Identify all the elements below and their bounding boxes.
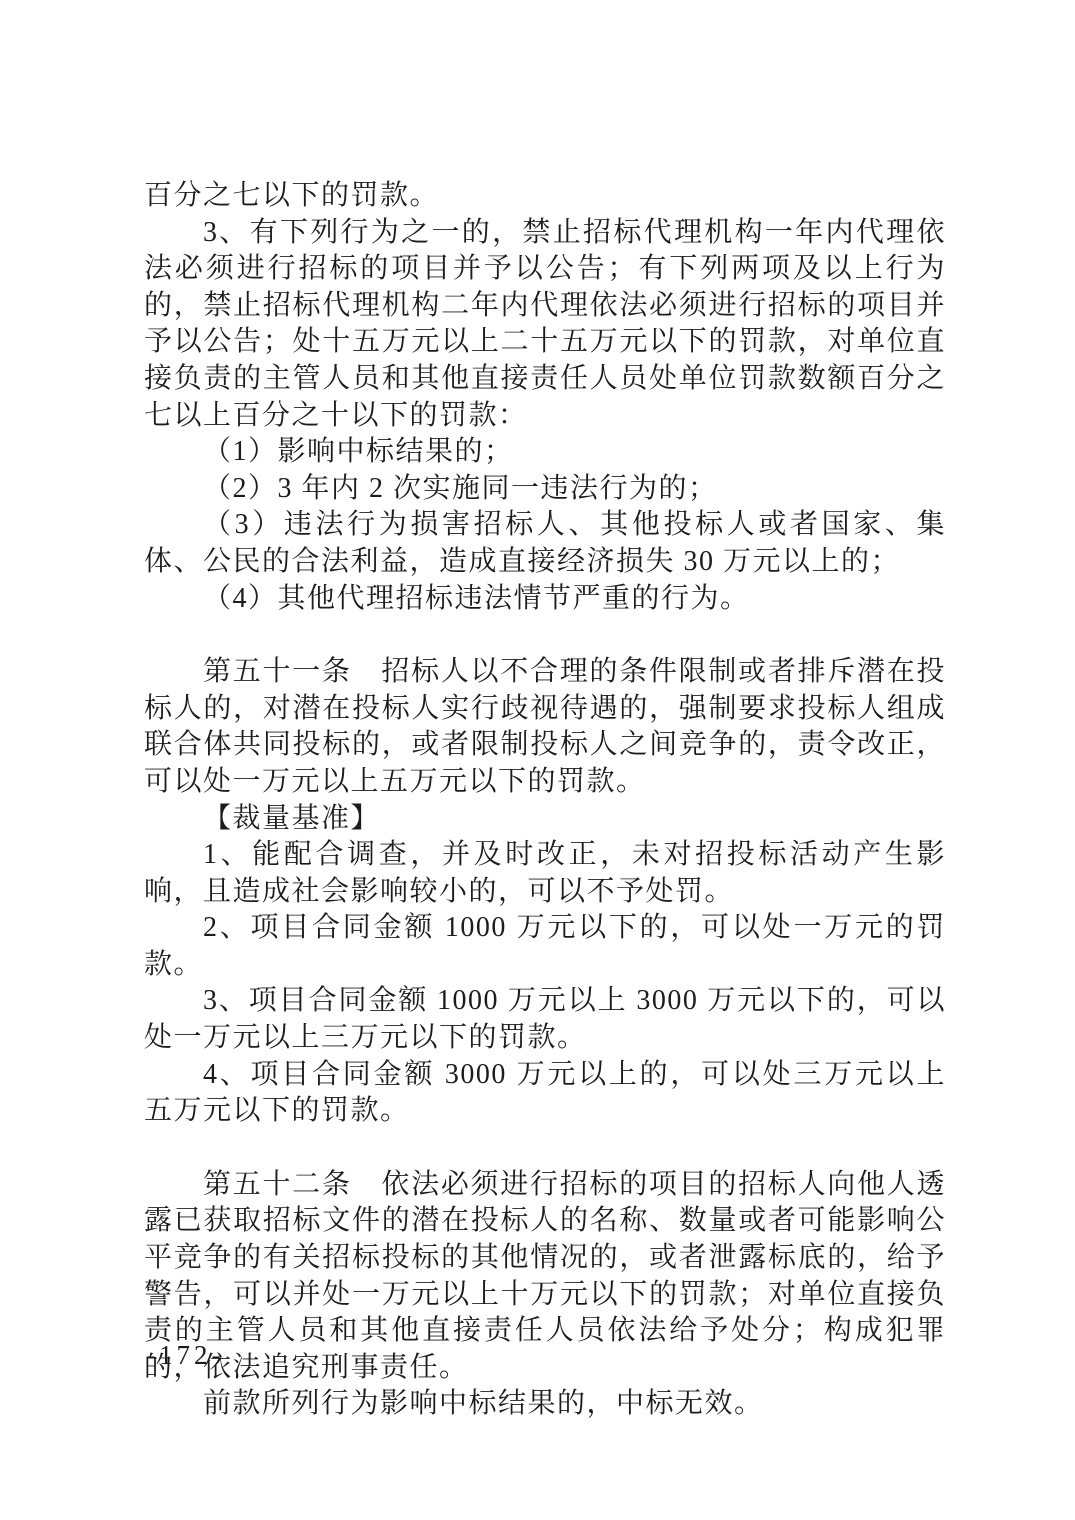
paragraph-subitem-3: （3）违法行为损害招标人、其他投标人或者国家、集体、公民的合法利益，造成直接经济… [144, 507, 946, 580]
document-page: 百分之七以下的罚款。 3、有下列行为之一的，禁止招标代理机构一年内代理依法必须进… [0, 0, 1075, 1520]
paragraph-article-51: 第五十一条 招标人以不合理的条件限制或者排斥潜在投标人的，对潜在投标人实行歧视待… [144, 654, 946, 800]
paragraph-subitem-1: （1）影响中标结果的； [144, 434, 946, 471]
paragraph-article-52-clause-2: 前款所列行为影响中标结果的，中标无效。 [144, 1386, 946, 1423]
paragraph-discretion-heading: 【裁量基准】 [144, 801, 946, 838]
paragraph-item-4: 4、项目合同金额 3000 万元以上的，可以处三万元以上五万元以下的罚款。 [144, 1057, 946, 1130]
page-number: -172- [146, 1340, 224, 1371]
document-body: 百分之七以下的罚款。 3、有下列行为之一的，禁止招标代理机构一年内代理依法必须进… [144, 178, 946, 1423]
paragraph-continuation: 百分之七以下的罚款。 [144, 178, 946, 215]
paragraph-article-52: 第五十二条 依法必须进行招标的项目的招标人向他人透露已获取招标文件的潜在投标人的… [144, 1167, 946, 1387]
paragraph-subitem-4: （4）其他代理招标违法情节严重的行为。 [144, 581, 946, 618]
paragraph-item-3b: 3、项目合同金额 1000 万元以上 3000 万元以下的，可以处一万元以上三万… [144, 983, 946, 1056]
paragraph-item-1: 1、能配合调查，并及时改正，未对招投标活动产生影响，且造成社会影响较小的，可以不… [144, 837, 946, 910]
paragraph-subitem-2: （2）3 年内 2 次实施同一违法行为的； [144, 471, 946, 508]
paragraph-item-2: 2、项目合同金额 1000 万元以下的，可以处一万元的罚款。 [144, 910, 946, 983]
paragraph-item-3: 3、有下列行为之一的，禁止招标代理机构一年内代理依法必须进行招标的项目并予以公告… [144, 215, 946, 435]
